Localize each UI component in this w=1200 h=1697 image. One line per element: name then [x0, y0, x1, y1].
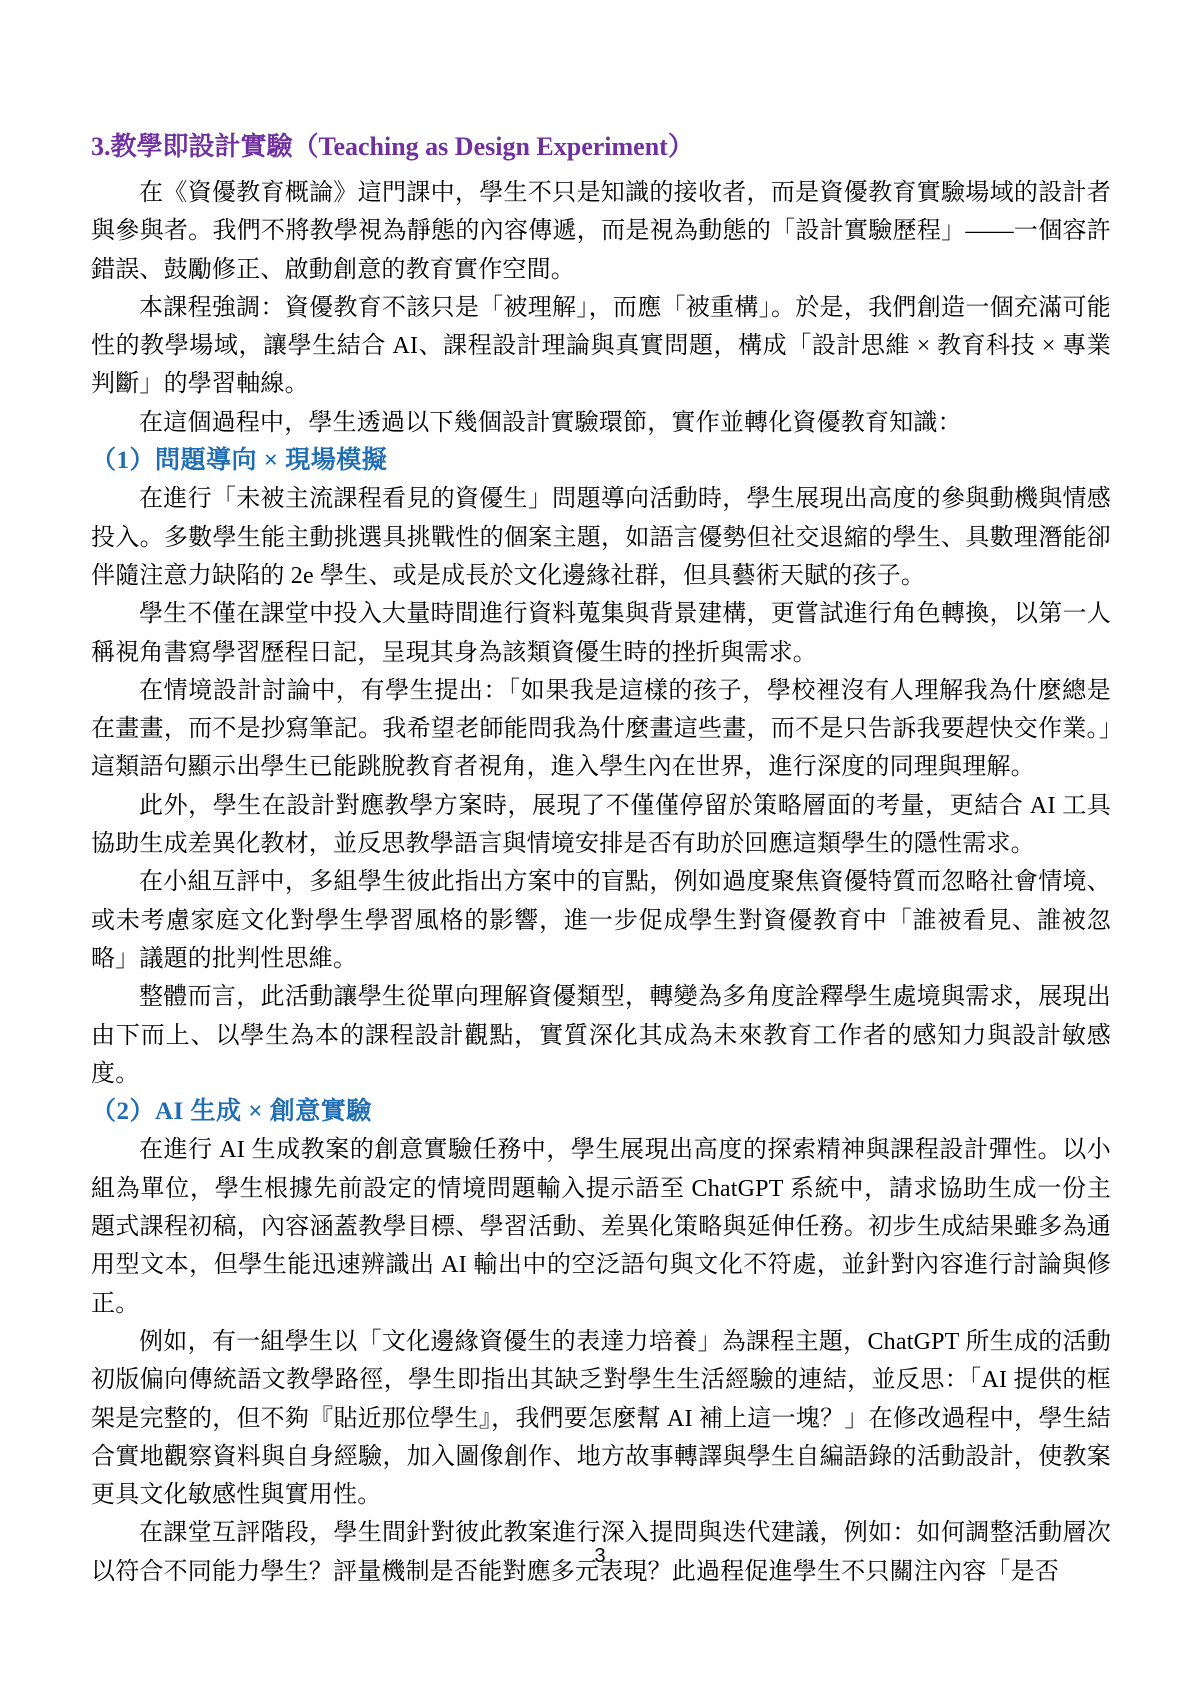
paragraph: 例如，有一組學生以「文化邊緣資優生的表達力培養」為課程主題，ChatGPT 所生…: [91, 1323, 1111, 1514]
page-number: 3: [0, 1545, 1200, 1568]
document-body: 在《資優教育概論》這門課中，學生不只是知識的接收者，而是資優教育實驗場域的設計者…: [91, 174, 1111, 1591]
paragraph: 整體而言，此活動讓學生從單向理解資優類型，轉變為多角度詮釋學生處境與需求，展現出…: [91, 978, 1111, 1093]
paragraph: 在進行 AI 生成教案的創意實驗任務中，學生展現出高度的探索精神與課程設計彈性。…: [91, 1131, 1111, 1322]
paragraph: 在情境設計討論中，有學生提出：「如果我是這樣的孩子，學校裡沒有人理解我為什麼總是…: [91, 672, 1111, 787]
section-heading: 3.教學即設計實驗（Teaching as Design Experiment）: [91, 126, 1111, 168]
paragraph: 在《資優教育概論》這門課中，學生不只是知識的接收者，而是資優教育實驗場域的設計者…: [91, 174, 1111, 289]
paragraph: 在進行「未被主流課程看見的資優生」問題導向活動時，學生展現出高度的參與動機與情感…: [91, 480, 1111, 595]
document-content: 3.教學即設計實驗（Teaching as Design Experiment）…: [91, 126, 1111, 1591]
paragraph: 學生不僅在課堂中投入大量時間進行資料蒐集與背景建構，更嘗試進行角色轉換，以第一人…: [91, 595, 1111, 672]
subsection-heading: （2）AI 生成 × 創意實驗: [91, 1093, 1111, 1131]
paragraph: 此外，學生在設計對應教學方案時，展現了不僅僅停留於策略層面的考量，更結合 AI …: [91, 787, 1111, 864]
paragraph: 在小組互評中，多組學生彼此指出方案中的盲點，例如過度聚焦資優特質而忽略社會情境、…: [91, 863, 1111, 978]
subsection-heading: （1）問題導向 × 現場模擬: [91, 442, 1111, 480]
paragraph: 在這個過程中，學生透過以下幾個設計實驗環節，實作並轉化資優教育知識：: [91, 404, 1111, 442]
document-page: 3.教學即設計實驗（Teaching as Design Experiment）…: [0, 0, 1200, 1697]
paragraph: 本課程強調：資優教育不該只是「被理解」，而應「被重構」。於是，我們創造一個充滿可…: [91, 289, 1111, 404]
